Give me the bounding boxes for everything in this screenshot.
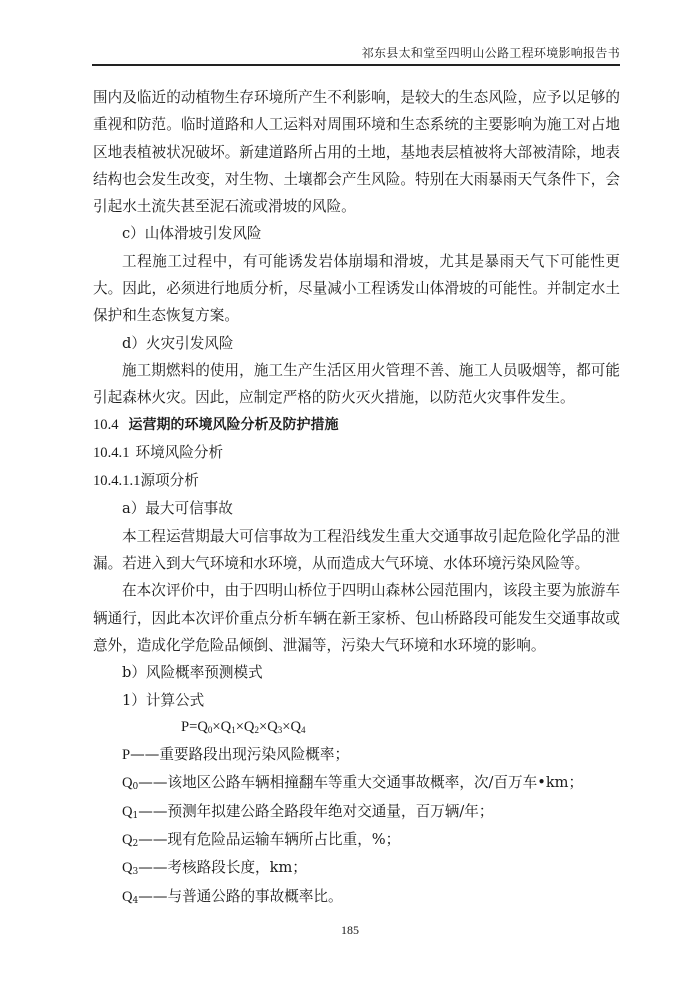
definition-item: P——重要路段出现污染风险概率； [93,741,620,769]
definition-item: Q1——预测年拟建公路全路段年绝对交通量，百万辆/年； [93,798,620,826]
subsection-title-c: c）山体滑坡引发风险 [93,220,620,247]
section-heading-10-4-1: 10.4.1环境风险分析 [93,439,620,467]
page-number: 185 [0,923,700,938]
paragraph: 工程施工过程中，有可能诱发岩体崩塌和滑坡，尤其是暴雨天气下可能性更大。因此，必须… [93,248,620,330]
definition-item: Q2——现有危险品运输车辆所占比重，%； [93,826,620,854]
section-heading-10-4: 10.4运营期的环境风险分析及防护措施 [93,412,620,439]
header-divider [92,64,620,66]
paragraph: 施工期燃料的使用，施工生产生活区用火管理不善、施工人员吸烟等，都可能引起森林火灾… [93,357,620,412]
paragraph: 在本次评价中，由于四明山桥位于四明山森林公园范围内，该段主要为旅游车辆通行，因此… [93,577,620,659]
definition-item: Q4——与普通公路的事故概率比。 [93,883,620,911]
page-body: 围内及临近的动植物生存环境所产生不利影响，是较大的生态风险，应予以足够的重视和防… [93,84,620,911]
risk-formula: P=Q0×Q1×Q2×Q3×Q4 [93,714,620,741]
subsection-title-b: b）风险概率预测模式 [93,659,620,686]
definition-item: Q0——该地区公路车辆相撞翻车等重大交通事故概率，次/百万车•km； [93,769,620,797]
document-title: 祁东县太和堂至四明山公路工程环境影响报告书 [362,44,620,61]
subsection-title-d: d）火灾引发风险 [93,330,620,357]
subsection-title-a: a）最大可信事故 [93,495,620,522]
calc-formula-title: 1）计算公式 [93,687,620,714]
paragraph: 本工程运营期最大可信事故为工程沿线发生重大交通事故引起危险化学品的泄漏。若进入到… [93,523,620,578]
section-heading-10-4-1-1: 10.4.1.1源项分析 [93,467,620,495]
paragraph: 围内及临近的动植物生存环境所产生不利影响，是较大的生态风险，应予以足够的重视和防… [93,84,620,220]
definition-item: Q3——考核路段长度，km； [93,854,620,882]
